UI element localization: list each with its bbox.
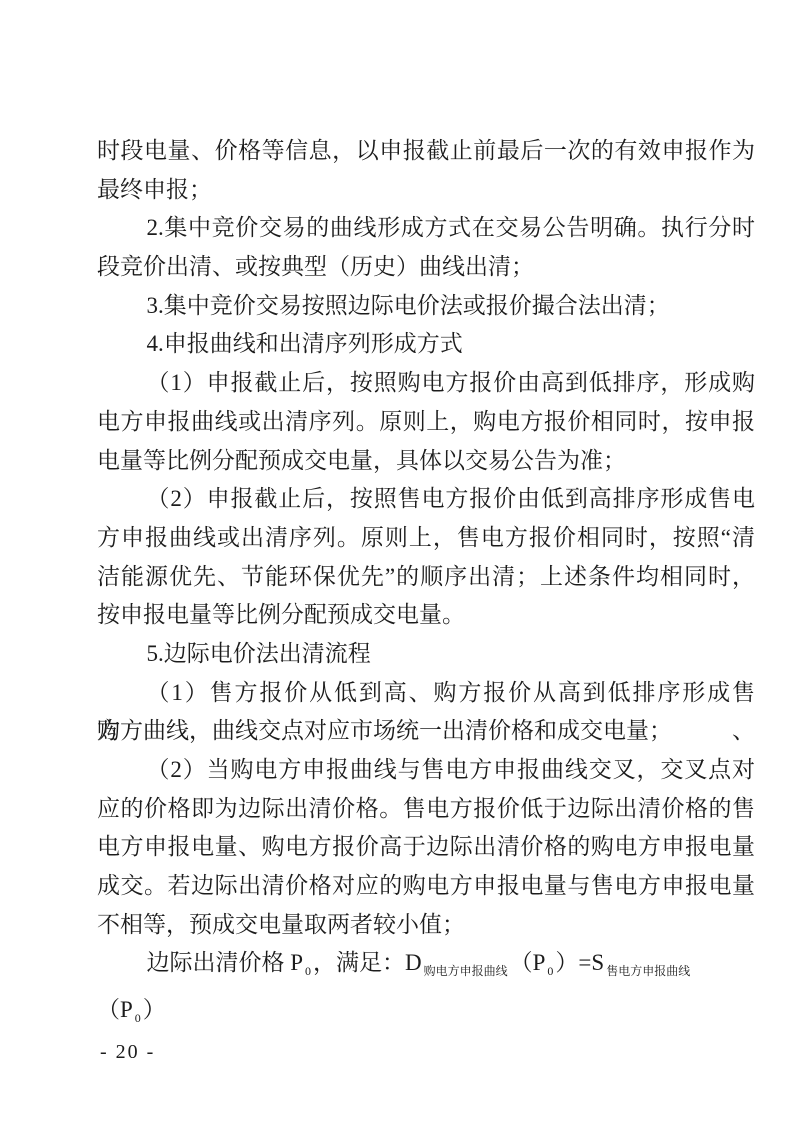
text-line: 洁能源优先、节能环保优先”的顺序出清；上述条件均相同时， xyxy=(97,558,755,597)
paragraph: 时段电量、价格等信息，以申报截止前最后一次的有效申报作为最终申报； xyxy=(97,132,755,209)
paragraph: 4.申报曲线和出清序列形成方式 xyxy=(97,325,755,364)
text-line: 购方曲线，曲线交点对应市场统一出清价格和成交电量； xyxy=(97,712,755,751)
formula-subscript: 0 xyxy=(135,1011,141,1025)
text-line: 电量等比例分配预成交电量，具体以交易公告为准； xyxy=(97,442,755,481)
formula-text: ，满足：D xyxy=(313,950,422,975)
paragraph: （2）申报截止后，按照售电方报价由低到高排序形成售电方申报曲线或出清序列。原则上… xyxy=(97,480,755,635)
text-line: 时段电量、价格等信息，以申报截止前最后一次的有效申报作为 xyxy=(97,132,755,171)
text-line: 最终申报； xyxy=(97,171,755,210)
text-line: 5.边际电价法出清流程 xyxy=(97,635,755,674)
paragraph: 2.集中竞价交易的曲线形成方式在交易公告明确。执行分时段竞价出清、或按典型（历史… xyxy=(97,209,755,286)
text-line: （1）申报截止后，按照购电方报价由高到低排序，形成购 xyxy=(97,364,755,403)
paragraph: （2）当购电方申报曲线与售电方申报曲线交叉，交叉点对应的价格即为边际出清价格。售… xyxy=(97,751,755,944)
formula-subscript: 0 xyxy=(547,964,553,978)
text-line: （2）申报截止后，按照售电方报价由低到高排序形成售电 xyxy=(97,480,755,519)
paragraph: 3.集中竞价交易按照边际电价法或报价撮合法出清； xyxy=(97,287,755,326)
formula-subscript: 0 xyxy=(305,964,311,978)
text-line: 成交。若边际出清价格对应的购电方申报电量与售电方申报电量 xyxy=(97,867,755,906)
text-line: 4.申报曲线和出清序列形成方式 xyxy=(97,325,755,364)
formula-subscript: 购电方申报曲线 xyxy=(424,964,508,978)
formula-text: （P xyxy=(510,950,546,975)
text-line: 电方申报曲线或出清序列。原则上，购电方报价相同时，按申报 xyxy=(97,403,755,442)
text-line: （2）当购电方申报曲线与售电方申报曲线交叉，交叉点对 xyxy=(97,751,755,790)
formula-text: ） xyxy=(143,997,166,1022)
text-line: 应的价格即为边际出清价格。售电方报价低于边际出清价格的售 xyxy=(97,790,755,829)
formula-subscript: 售电方申报曲线 xyxy=(606,964,690,978)
text-line: 段竞价出清、或按典型（历史）曲线出清； xyxy=(97,248,755,287)
text-line: （1）售方报价从低到高、购方报价从高到低排序形成售方、 xyxy=(97,674,755,713)
paragraph: 5.边际电价法出清流程 xyxy=(97,635,755,674)
text-line: 按申报电量等比例分配预成交电量。 xyxy=(97,596,755,635)
formula-text: （P xyxy=(97,997,133,1022)
text-line: 不相等，预成交电量取两者较小值； xyxy=(97,906,755,945)
document-page: 时段电量、价格等信息，以申报截止前最后一次的有效申报作为最终申报；2.集中竞价交… xyxy=(0,0,802,1140)
page-number: - 20 - xyxy=(100,1040,155,1064)
text-line: 方申报曲线或出清序列。原则上，售电方报价相同时，按照“清 xyxy=(97,519,755,558)
paragraph: （1）售方报价从低到高、购方报价从高到低排序形成售方、购方曲线，曲线交点对应市场… xyxy=(97,674,755,751)
text-line: 2.集中竞价交易的曲线形成方式在交易公告明确。执行分时 xyxy=(97,209,755,248)
document-body: 时段电量、价格等信息，以申报截止前最后一次的有效申报作为最终申报；2.集中竞价交… xyxy=(97,132,755,983)
text-line: 电方申报电量、购电方报价高于边际出清价格的购电方申报电量 xyxy=(97,828,755,867)
formula-text: ）=S xyxy=(555,950,604,975)
formula-text: 边际出清价格 P xyxy=(146,950,303,975)
paragraph: （1）申报截止后，按照购电方报价由高到低排序，形成购电方申报曲线或出清序列。原则… xyxy=(97,364,755,480)
text-line: 3.集中竞价交易按照边际电价法或报价撮合法出清； xyxy=(97,287,755,326)
formula-line: 边际出清价格 P0，满足：D购电方申报曲线（P0）=S售电方申报曲线（P0） xyxy=(97,944,755,983)
